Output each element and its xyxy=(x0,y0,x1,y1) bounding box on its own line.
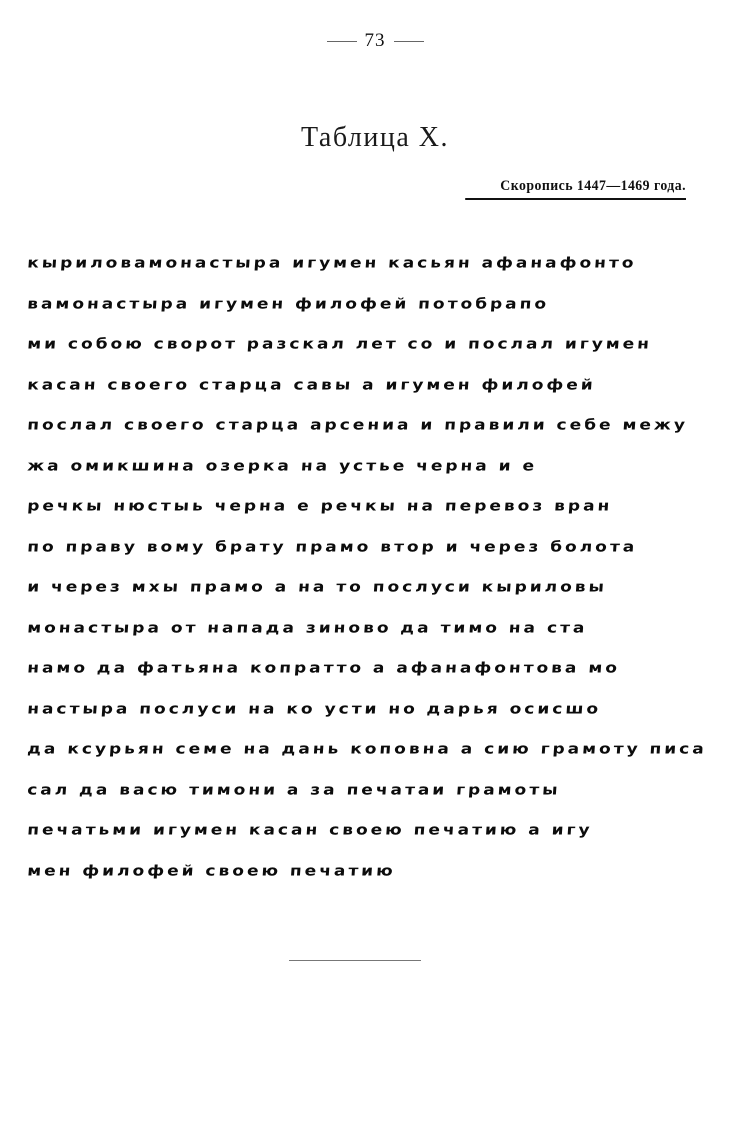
page-number-dash-right xyxy=(394,41,424,42)
manuscript-line: да ксурьян семе на дань коповна а сию гр… xyxy=(27,718,710,759)
page-number-text: 73 xyxy=(365,30,386,51)
manuscript-line: и через мхы прамо а на то послуси кырило… xyxy=(27,556,710,597)
manuscript-line: речкы нюстыь черна е речкы на перевоз вр… xyxy=(27,475,710,516)
table-title: Таблица X. xyxy=(0,122,750,154)
manuscript-line: послал своего старца арсениа и правили с… xyxy=(27,394,710,435)
manuscript-line: настыра послуси на ко усти но дарья осис… xyxy=(27,678,710,719)
manuscript-line: мен филофей своею печатию xyxy=(27,840,710,881)
manuscript-line: кыриловамонастыра игумен касьян афанафон… xyxy=(27,232,710,273)
manuscript-line: вамонастыра игумен филофей потобрапо xyxy=(27,273,710,314)
manuscript-line: ми собою сворот разскал лет со и послал … xyxy=(27,313,710,354)
page-number-dash-left xyxy=(327,41,357,42)
manuscript-line: жа омикшина озерка на устье черна и е xyxy=(27,435,710,476)
manuscript-line: монастыра от напада зиново да тимо на ст… xyxy=(27,597,710,638)
page-number: 73 xyxy=(0,30,750,52)
manuscript-line: касан своего старца савы а игумен филофе… xyxy=(27,354,710,395)
manuscript-facsimile: кыриловамонастыра игумен касьян афанафон… xyxy=(28,232,708,880)
manuscript-line: намо да фатьяна копратто а афанафонтова … xyxy=(27,637,710,678)
manuscript-line: печатьми игумен касан своею печатию а иг… xyxy=(27,799,710,840)
manuscript-line: сал да васю тимони а за печатаи грамоты xyxy=(27,759,710,800)
bottom-divider xyxy=(289,960,421,961)
manuscript-subtitle: Скоропись 1447—1469 года. xyxy=(465,178,686,200)
manuscript-line: по праву вому брату прамо втор и через б… xyxy=(27,516,710,557)
